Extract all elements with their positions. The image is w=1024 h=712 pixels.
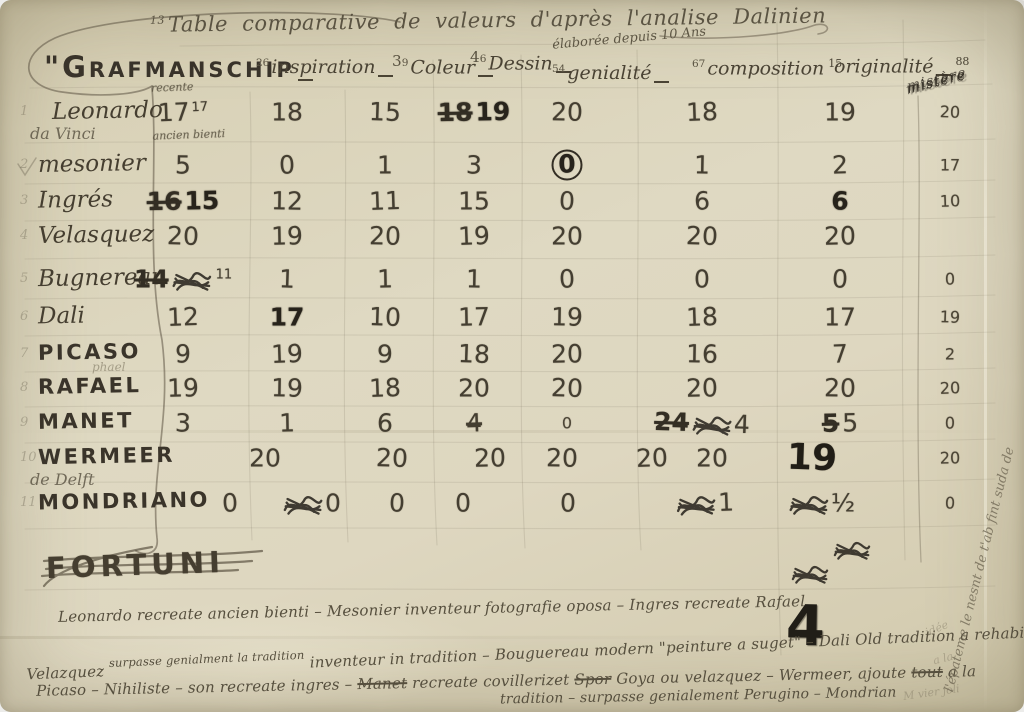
scribble-mark	[788, 562, 832, 586]
ghost-writing: phael	[92, 360, 126, 374]
score-cell: 1411	[134, 265, 232, 294]
score-value: 4	[733, 410, 750, 440]
score-value: 19	[824, 98, 856, 127]
header-superscript: 54	[552, 63, 565, 75]
score-value: 19	[475, 97, 510, 127]
score-cell: 1	[377, 151, 393, 180]
painter-name-suffix: de Delft	[30, 470, 95, 489]
score-value: 0	[694, 265, 710, 294]
score-cell: 20	[458, 374, 490, 403]
score-cell: 19	[824, 98, 856, 127]
header-label: Coleur	[410, 56, 475, 78]
score-cell: 2	[945, 345, 955, 364]
scribble-mark	[832, 538, 874, 562]
score-value: 1	[718, 487, 735, 517]
score-value: 0	[945, 493, 956, 512]
scribble-mark	[691, 411, 732, 438]
score-value: 0	[559, 264, 576, 294]
painter-name: WERMEER	[38, 443, 175, 469]
score-cell: 0	[455, 488, 471, 517]
painter-name: Leonardo	[52, 97, 163, 125]
score-value: 0	[389, 488, 406, 518]
score-cell: 18	[458, 339, 491, 369]
row-number: 9	[20, 415, 28, 430]
score-value: 1	[279, 408, 295, 437]
score-value: 18	[686, 302, 719, 332]
score-cell: 18	[686, 97, 719, 127]
score-value: 6	[377, 408, 393, 437]
score-cell: 0	[832, 264, 849, 294]
score-cell: 1	[676, 487, 735, 518]
score-value: 1	[377, 264, 393, 293]
header-superscript: 26	[256, 57, 269, 69]
score-value: 15	[184, 186, 219, 216]
score-value: 3	[175, 408, 192, 438]
score-cell: 6	[377, 408, 393, 437]
score-value: 5	[842, 408, 858, 437]
score-cell: 19	[271, 339, 304, 369]
row-number: 8	[20, 380, 28, 395]
row-number: 11	[20, 495, 37, 510]
column-header-genialit: 54genialité	[552, 62, 669, 84]
score-cell: 20	[939, 378, 960, 398]
row-number: 7	[20, 346, 28, 361]
score-value: 1	[377, 151, 393, 180]
score-value: 20	[376, 443, 409, 473]
score-value: 20	[636, 443, 669, 473]
score-cell: 20	[546, 443, 578, 473]
score-cell: 6	[694, 186, 710, 215]
score-value: 6	[694, 186, 710, 215]
score-cell: 0	[222, 488, 239, 518]
score-cell: 3	[175, 408, 192, 438]
score-cell: 0	[694, 265, 710, 294]
score-value: 1	[279, 264, 296, 294]
score-value: 20	[551, 222, 583, 251]
score-value: 20	[369, 221, 401, 251]
score-value: 0	[455, 488, 471, 517]
row-number: 1	[20, 104, 28, 119]
scribble-mark	[172, 268, 212, 294]
score-value: 20	[551, 97, 583, 127]
header-label: inspiration	[271, 56, 375, 78]
score-value: 0	[945, 413, 956, 432]
score-cell: 20	[249, 444, 281, 473]
cell-note-below: ancien bienti	[152, 127, 225, 143]
score-cell: 1615	[146, 186, 219, 216]
row-number: 4	[20, 228, 28, 243]
score-cell: 19	[458, 221, 491, 251]
score-value: 15	[369, 97, 402, 127]
painter-name-suffix: da Vinci	[30, 124, 96, 143]
score-cell: 17	[270, 303, 305, 332]
scribble-mark	[788, 562, 834, 586]
score-value: 19	[786, 437, 838, 480]
score-value: 12	[167, 302, 200, 332]
score-value: 20	[551, 373, 584, 403]
score-value: 20	[249, 444, 281, 473]
score-value: 0	[945, 269, 956, 288]
footnote-segment: Spor	[574, 670, 611, 689]
score-cell: recente1717ancien bienti	[157, 97, 208, 128]
score-cell: 9	[377, 340, 393, 369]
score-value: 20	[686, 221, 719, 251]
score-cell: 2	[832, 150, 849, 180]
score-value: 19	[271, 373, 303, 403]
score-cell: 17	[940, 156, 960, 175]
crossed-out-value: 16	[146, 187, 181, 217]
score-cell: 7	[832, 339, 849, 369]
photographed-document: 13Table comparative de valeurs d'après l…	[0, 0, 1024, 712]
score-value: 19	[271, 221, 303, 251]
footnote-segment: recreate covillerizet	[407, 671, 575, 692]
score-cell: 0	[562, 414, 572, 433]
score-cell: 0	[551, 149, 583, 181]
score-cell: 9	[175, 339, 191, 368]
score-cell: 20	[551, 373, 584, 403]
score-value: 0	[279, 150, 296, 180]
row-number: 10	[20, 450, 37, 465]
score-value: 0	[560, 488, 576, 517]
painter-name: MANET	[38, 408, 134, 434]
score-cell: 15	[369, 97, 402, 127]
score-cell: 12	[167, 302, 200, 332]
score-cell: 20	[940, 448, 961, 467]
painter-name: Velasquez	[38, 221, 155, 249]
header-dash	[298, 79, 313, 81]
score-cell: 0	[279, 150, 296, 180]
score-cell: 20	[696, 444, 728, 473]
score-value: 16	[686, 339, 718, 369]
column-header-composition: 67composition15	[692, 57, 842, 79]
score-value: 7	[832, 339, 849, 369]
score-cell: 0	[560, 488, 576, 517]
painter-name: Ingrés	[38, 186, 113, 213]
score-cell: 20	[824, 373, 856, 403]
score-value: 20	[824, 373, 856, 403]
score-value: 15	[458, 187, 490, 216]
score-value: 18	[458, 339, 491, 369]
score-value: 1	[694, 150, 710, 179]
score-cell: 19	[551, 302, 583, 332]
painter-name: mesonier	[38, 150, 146, 178]
crossed-out-row-fortuni: FORTUNI	[45, 545, 225, 585]
score-cell: 0	[559, 186, 576, 216]
score-cell: 19	[939, 307, 960, 327]
score-value: 1	[466, 264, 482, 293]
score-cell: 18	[686, 302, 719, 332]
footnote-segment: Manet	[357, 674, 407, 693]
score-value: 2	[945, 345, 955, 364]
score-value: 5	[175, 150, 191, 179]
score-value: 20	[458, 374, 490, 403]
row-number: 2	[20, 157, 28, 172]
header-label: composition	[707, 57, 824, 79]
score-value: 20	[824, 221, 856, 251]
score-cell: 19	[271, 373, 303, 403]
score-cell: 20	[376, 443, 409, 473]
score-cell: 0	[945, 269, 956, 288]
header-label: genialité	[567, 62, 651, 84]
title-superscript: 13	[150, 14, 165, 27]
score-value: 9	[175, 339, 191, 368]
scribble-mark	[832, 538, 872, 562]
row-number: 5	[20, 271, 28, 286]
score-value: 19	[271, 339, 304, 369]
score-cell: 4	[466, 408, 483, 438]
score-cell: 15	[458, 187, 490, 216]
score-value: 17	[157, 97, 190, 127]
header-superscript: 46	[470, 53, 486, 65]
score-value: 4	[466, 408, 483, 438]
score-cell: 20	[369, 221, 401, 251]
cell-superscript: 11	[216, 268, 233, 283]
score-value: 17	[458, 302, 490, 332]
crossed-out-value: 14	[134, 265, 169, 294]
score-cell: 20	[686, 221, 719, 251]
scribble-mark	[283, 492, 323, 518]
crossed-out-value: 5	[822, 409, 840, 438]
row-number: 6	[20, 309, 28, 324]
scribble-mark	[676, 491, 717, 518]
score-value: 2	[832, 150, 849, 180]
painter-name: Dali	[38, 303, 85, 330]
header-superscript: 39	[392, 57, 408, 69]
score-cell: 20	[551, 97, 583, 127]
score-value: 0	[551, 149, 583, 181]
score-value: 20	[546, 443, 578, 473]
score-cell: 55	[822, 408, 859, 438]
cell-note-above: recente	[151, 80, 194, 94]
score-value: 3	[466, 150, 483, 180]
score-value: 11	[369, 186, 402, 216]
score-cell: 20	[474, 443, 506, 473]
score-cell: 20	[551, 339, 583, 369]
scribble-mark	[789, 492, 829, 518]
score-cell: 19	[167, 373, 199, 403]
score-value: 20	[939, 102, 960, 122]
score-value: 20	[551, 339, 583, 369]
score-value: 12	[271, 186, 303, 216]
score-cell: 16	[686, 339, 718, 369]
score-cell: 17	[824, 303, 856, 332]
cell-superscript: 17	[191, 100, 208, 116]
score-cell: 1	[377, 264, 393, 293]
header-dash	[478, 75, 493, 77]
score-value: 0	[222, 488, 239, 518]
row-number: 3	[20, 193, 28, 208]
score-value: 18	[271, 98, 303, 127]
painter-name: RAFAEL	[38, 373, 142, 399]
score-cell: 11	[369, 186, 402, 216]
score-cell: 3	[466, 150, 483, 180]
score-cell: 0	[945, 493, 956, 512]
score-cell: 20	[167, 221, 200, 251]
column-header-inspiration: 26inspiration	[256, 56, 393, 78]
score-cell: 0	[389, 488, 406, 518]
score-value: 0	[562, 414, 572, 433]
score-value: 19	[939, 307, 960, 327]
score-cell: 0	[559, 264, 576, 294]
score-value: 18	[369, 373, 402, 403]
painter-name: MONDRIANO	[38, 488, 210, 515]
crossed-out-value: 24	[654, 407, 690, 437]
score-value: 17	[270, 303, 305, 332]
score-cell: 20	[551, 222, 583, 251]
score-cell: 0	[945, 413, 956, 432]
header-dash	[654, 81, 669, 83]
score-cell: 18	[271, 98, 303, 127]
score-value: 17	[824, 303, 856, 332]
score-cell: 1819	[437, 97, 510, 127]
score-cell: 10	[369, 302, 402, 332]
score-value: 9	[377, 340, 393, 369]
score-cell: 19	[271, 221, 303, 251]
score-value: 20	[939, 378, 960, 398]
score-cell: 17	[458, 302, 490, 332]
score-value: 18	[686, 97, 719, 127]
score-cell: 10	[939, 191, 960, 211]
score-cell: 244	[654, 407, 751, 439]
crossed-out-value: 18	[437, 98, 472, 128]
score-value: 10	[939, 191, 960, 211]
score-value: 17	[940, 156, 960, 175]
score-value: 20	[167, 221, 200, 251]
header-label: originalité	[834, 55, 933, 77]
score-value: 19	[167, 373, 199, 403]
score-value: 20	[940, 448, 961, 467]
score-cell: 20	[939, 102, 960, 122]
score-cell: 1	[694, 150, 710, 179]
score-value: 20	[686, 373, 718, 403]
score-cell: 19	[786, 437, 838, 480]
score-cell: 20	[824, 221, 856, 251]
score-value: ½	[831, 489, 855, 518]
score-value: 19	[458, 221, 491, 251]
score-value: 19	[551, 302, 583, 332]
header-superscript: 67	[692, 58, 705, 70]
score-value: 0	[832, 264, 849, 294]
score-cell: 20	[686, 373, 718, 403]
header-label: Dessin	[488, 52, 552, 74]
score-value: 20	[696, 444, 728, 473]
score-cell: 20	[636, 443, 669, 473]
score-value: 10	[369, 302, 402, 332]
score-value: 6	[831, 186, 849, 215]
score-cell: 1	[279, 408, 295, 437]
score-cell: 1	[466, 264, 482, 293]
score-value: 20	[474, 443, 506, 473]
score-cell: 18	[369, 373, 402, 403]
score-cell: 1	[279, 264, 296, 294]
score-cell: 0	[283, 489, 341, 518]
score-cell: 6	[831, 186, 849, 215]
score-cell: 12	[271, 186, 303, 216]
score-value: 0	[325, 489, 341, 518]
score-cell: ½	[789, 489, 855, 518]
score-value: 0	[559, 186, 576, 216]
score-cell: 5	[175, 150, 191, 179]
